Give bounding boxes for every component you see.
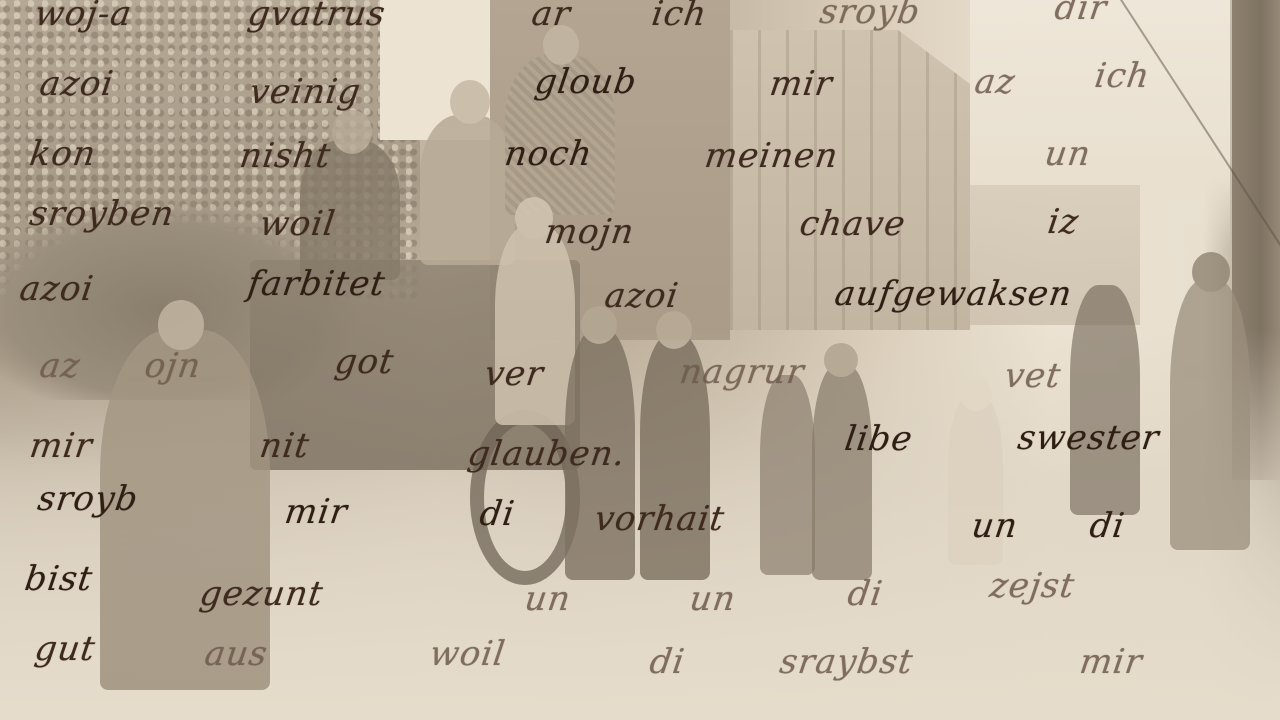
sepia-photograph: woj-a gvatrus ar ich sroyb dir azoi vein… — [0, 0, 1280, 720]
handwritten-word: ich — [649, 0, 709, 34]
handwritten-word: az — [972, 62, 1018, 102]
handwritten-word: nit — [257, 426, 312, 466]
handwritten-word: mir — [1077, 642, 1145, 682]
handwritten-word: gloub — [532, 62, 639, 102]
handwritten-word: di — [1087, 506, 1127, 546]
handwritten-word: nagrur — [677, 352, 807, 392]
handwritten-word: mir — [282, 492, 350, 532]
handwritten-word: got — [332, 342, 397, 382]
handwritten-word: meinen — [702, 136, 841, 176]
handwritten-word: di — [647, 642, 687, 682]
handwritten-word: azoi — [17, 269, 96, 309]
handwritten-word: woj-a — [32, 0, 134, 34]
handwritten-word: vet — [1002, 356, 1064, 396]
handwritten-word: dir — [1052, 0, 1110, 28]
handwritten-word: zejst — [987, 566, 1077, 606]
handwritten-word: libe — [842, 419, 915, 459]
handwritten-word: chave — [797, 204, 908, 244]
handwritten-word: sraybst — [777, 642, 916, 682]
handwritten-word: ar — [529, 0, 573, 34]
handwritten-word: veinig — [247, 72, 363, 112]
handwritten-word: un — [969, 506, 1020, 546]
handwritten-word: az — [37, 346, 83, 386]
handwritten-word: un — [1042, 134, 1093, 174]
handwritten-word: un — [522, 579, 573, 619]
handwritten-word: sroyb — [35, 479, 141, 519]
handwritten-word: glauben. — [465, 434, 628, 474]
handwritten-word: azoi — [602, 276, 681, 316]
handwritten-word: aufgewaksen — [832, 274, 1075, 314]
handwritten-word: mir — [767, 64, 835, 104]
handwritten-word: mojn — [542, 212, 637, 252]
handwritten-word: ich — [1092, 56, 1152, 96]
handwritten-word: nisht — [237, 136, 333, 176]
handwritten-word: ver — [482, 354, 546, 394]
handwritten-word: woil — [257, 204, 338, 244]
handwritten-word: aus — [202, 634, 270, 674]
handwritten-word: di — [845, 574, 885, 614]
handwritten-word: kon — [27, 134, 99, 174]
handwritten-word: farbitet — [245, 264, 388, 304]
handwritten-word: swester — [1015, 418, 1162, 458]
handwritten-word: bist — [22, 559, 95, 599]
handwritten-word: ojn — [142, 346, 204, 386]
handwritten-word: iz — [1045, 202, 1081, 242]
handwritten-word: gezunt — [197, 574, 326, 614]
handwritten-word: un — [687, 579, 738, 619]
handwritten-word: di — [477, 494, 517, 534]
handwritten-word: sroyben — [27, 194, 177, 234]
handwritten-word: vorhait — [592, 499, 727, 539]
handwritten-word: gut — [32, 629, 98, 669]
handwritten-word: gvatrus — [245, 0, 388, 34]
handwritten-word: woil — [427, 634, 508, 674]
handwritten-letter: woj-a gvatrus ar ich sroyb dir azoi vein… — [0, 0, 1280, 720]
handwritten-word: mir — [27, 426, 95, 466]
handwritten-word: azoi — [37, 64, 116, 104]
handwritten-word: sroyb — [817, 0, 923, 32]
handwritten-word: noch — [502, 134, 595, 174]
